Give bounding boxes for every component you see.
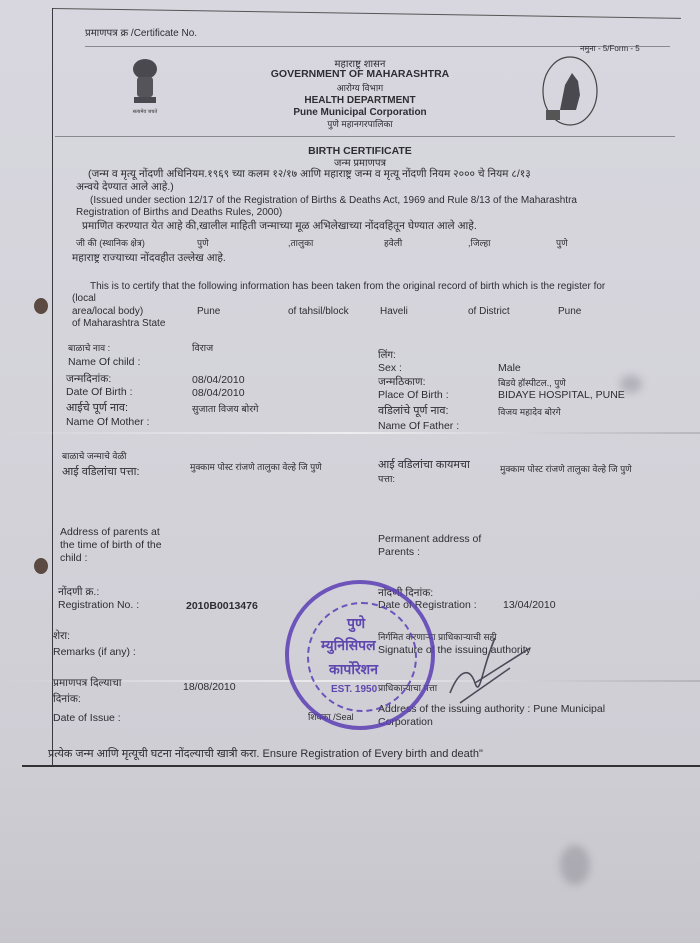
reg-date-value: 13/04/2010 bbox=[503, 599, 556, 612]
perm-address-label-mr-1: आई वडिलांचा कायमचा bbox=[378, 459, 470, 472]
birth-address-label-en-3: child : bbox=[60, 552, 87, 565]
dob-label-en: Date Of Birth : bbox=[66, 386, 133, 399]
certify-marathi-line3: महाराष्ट्र राज्याच्या नोंदवहीत उल्लेख आह… bbox=[72, 252, 226, 265]
issued-under-english-2: Registration of Births and Deaths Rules,… bbox=[76, 206, 282, 219]
sex-value: Male bbox=[498, 362, 521, 375]
reg-no-label-en: Registration No. : bbox=[58, 599, 139, 612]
sex-label-mr: लिंग: bbox=[378, 349, 396, 362]
birth-address-label-mr-1: बाळाचे जन्माचे वेळी bbox=[62, 450, 127, 463]
mother-label-mr: आईचे पूर्ण नाव: bbox=[66, 402, 128, 415]
birth-address-label-en-2: the time of birth of the bbox=[60, 539, 162, 552]
birth-address-value: मुक्काम पोस्ट रांजणे तालुका वेल्हे जि पु… bbox=[190, 461, 322, 474]
tahsil-label: of tahsil/block bbox=[288, 305, 349, 318]
certify-english-line2: (local bbox=[72, 292, 96, 305]
issued-under-marathi: (जन्म व मृत्यू नोंदणी अधिनियम.१९६९ च्या … bbox=[88, 168, 531, 181]
birth-address-label-mr-2: आई वडिलांचा पत्ता: bbox=[62, 466, 140, 479]
mother-value: सुजाता विजय बोरगे bbox=[192, 403, 259, 416]
issued-under-marathi-2: अन्वये देण्यात आले आहे.) bbox=[76, 181, 174, 194]
district-label: of District bbox=[468, 305, 510, 318]
birth-address-label-en-1: Address of parents at bbox=[60, 526, 160, 539]
remarks-label-mr: शेरा: bbox=[53, 630, 70, 643]
district-value: Pune bbox=[558, 305, 581, 318]
corp-marathi: पुणे महानगरपालिका bbox=[250, 118, 470, 131]
district-value-mr: पुणे bbox=[556, 237, 568, 250]
stamp-text-2: म्युनिसिपल bbox=[321, 636, 376, 655]
reg-no-value: 2010B0013476 bbox=[186, 600, 258, 613]
gov-english: GOVERNMENT OF MAHARASHTRA bbox=[250, 68, 470, 81]
sex-label-en: Sex : bbox=[378, 362, 402, 375]
punch-hole-bottom bbox=[34, 558, 48, 574]
local-area-value-mr: पुणे bbox=[197, 237, 209, 250]
dob-value-en: 08/04/2010 bbox=[192, 387, 245, 400]
dob-label-mr: जन्मदिनांक: bbox=[66, 373, 111, 386]
footer-slogan: प्रत्येक जन्म आणि मृत्यूची घटना नोंदल्या… bbox=[48, 748, 483, 761]
issue-date-value: 18/08/2010 bbox=[183, 681, 236, 694]
national-emblem-icon: सत्यमेव जयते bbox=[128, 55, 162, 117]
reg-no-label-mr: नोंदणी क्र.: bbox=[58, 586, 99, 599]
child-name-label-mr: बाळाचे नाव : bbox=[68, 342, 110, 355]
father-value: विजय महादेव बोरगे bbox=[498, 406, 561, 419]
father-label-mr: वडिलांचे पूर्ण नाव: bbox=[378, 405, 449, 418]
certify-english-line: This is to certify that the following in… bbox=[90, 280, 605, 293]
certify-marathi-line: प्रमाणित करण्यात येत आहे की,खालील माहिती… bbox=[82, 220, 477, 233]
svg-text:सत्यमेव जयते: सत्यमेव जयते bbox=[133, 108, 158, 115]
perm-address-label-en-2: Parents : bbox=[378, 546, 420, 559]
taluka-value-mr: हवेली bbox=[384, 237, 402, 250]
tahsil-value: Haveli bbox=[380, 305, 408, 318]
pob-value-en: BIDAYE HOSPITAL, PUNE bbox=[498, 389, 625, 402]
taluka-label-mr: ,तालुका bbox=[288, 237, 313, 250]
pob-label-mr: जन्मठिकाण: bbox=[378, 376, 426, 389]
mother-label-en: Name Of Mother : bbox=[66, 416, 149, 429]
form-label: नमुना - 5/Form - 5 bbox=[580, 42, 640, 55]
stamp-year: EST. 1950 bbox=[331, 684, 377, 695]
issue-date-label-mr-1: प्रमाणपत्र दिल्याचा bbox=[53, 677, 122, 690]
stamp-text-3: कार्पोरेशन bbox=[329, 660, 378, 679]
perm-address-label-mr-2: पत्ता: bbox=[378, 473, 395, 486]
stamp-text-1: पुणे bbox=[347, 614, 365, 633]
remarks-label-en: Remarks (if any) : bbox=[53, 646, 136, 659]
pob-label-en: Place Of Birth : bbox=[378, 389, 449, 402]
certificate-page: प्रमाणपत्र क्र /Certificate No. नमुना - … bbox=[0, 0, 700, 943]
child-name-label-en: Name Of child : bbox=[68, 356, 140, 369]
issue-date-label-en: Date of Issue : bbox=[53, 712, 121, 725]
child-name-value: विराज bbox=[192, 342, 213, 355]
dob-value-mr: 08/04/2010 bbox=[192, 374, 245, 387]
father-label-en: Name Of Father : bbox=[378, 420, 459, 433]
perm-address-value: मुक्काम पोस्ट रांजणे तालुका वेल्हे जि पु… bbox=[500, 463, 632, 476]
local-area-label-mr: जी की (स्थानिक क्षेत्र) bbox=[76, 237, 145, 250]
certificate-no-label: प्रमाणपत्र क्र /Certificate No. bbox=[85, 27, 197, 40]
signature-scribble-icon bbox=[440, 628, 550, 708]
area-value: Pune bbox=[197, 305, 220, 318]
punch-hole-top bbox=[34, 298, 48, 314]
district-label-mr: ,जिल्हा bbox=[468, 237, 491, 250]
perm-address-label-en-1: Permanent address of bbox=[378, 533, 481, 546]
state-line: of Maharashtra State bbox=[72, 317, 165, 330]
pmc-logo-icon bbox=[540, 55, 600, 127]
issue-date-label-mr-2: दिनांक: bbox=[53, 693, 81, 706]
official-seal-stamp: पुणे म्युनिसिपल कार्पोरेशन EST. 1950 bbox=[285, 580, 435, 730]
